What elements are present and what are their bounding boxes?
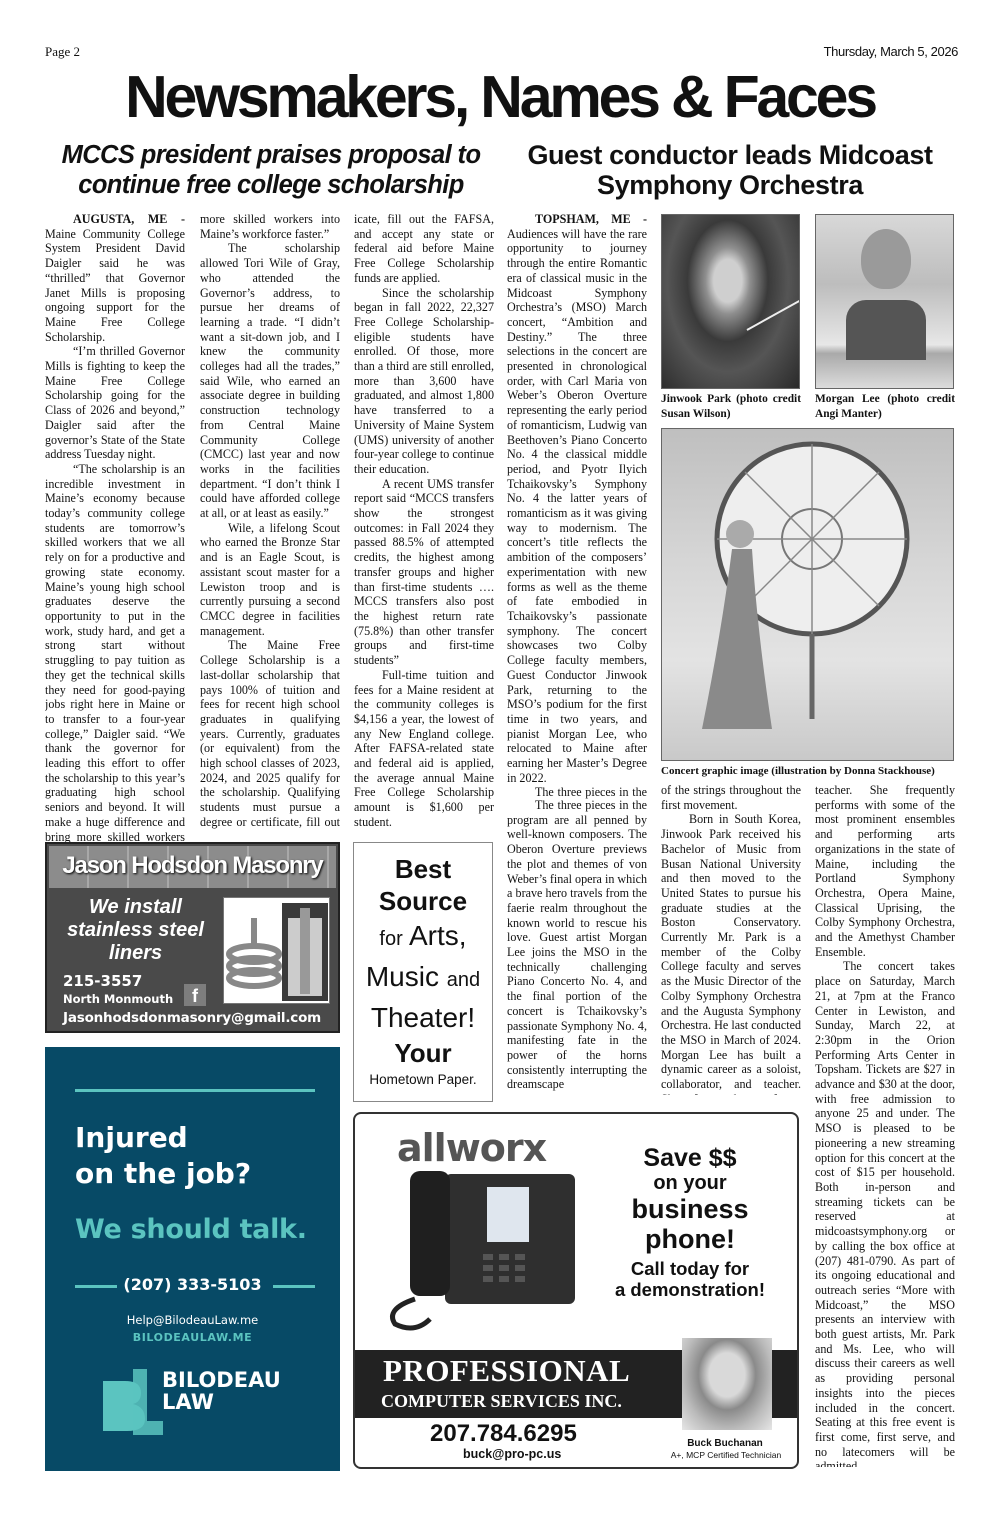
caption-concert-illustration: Concert graphic image (illustration by D… [661,764,961,779]
paragraph: Since the scholarship began in fall 2022… [354,286,494,477]
headshot-buck-buchanan [682,1338,772,1430]
section-title: Newsmakers, Names & Faces [0,62,1000,132]
photo-jinwook-park [661,214,800,389]
headline-symphony: Guest conductor leads Midcoast Symphony … [505,140,955,200]
page-number: Page 2 [45,44,80,60]
ad-jason-hodsdon-masonry[interactable]: Jason Hodsdon Masonry We install stainle… [45,842,340,1033]
stainless-liner-image [223,897,330,1004]
ad-best-source: Best Source for Arts, Music and Theater!… [353,842,493,1102]
wheel-of-fate-illustration [662,429,954,761]
headline-mccs: MCCS president praises proposal to conti… [42,140,500,200]
paragraph: Born in South Korea, Jinwook Park receiv… [661,812,801,1095]
paragraph: Maine Community College System President… [45,227,185,344]
desk-phone-image [375,1169,580,1334]
bl-logo-icon [103,1369,163,1435]
ad-phone: 207.784.6295 [430,1420,577,1448]
ad-subheadline: We should talk. [75,1214,307,1245]
paragraph: Full-time tuition and fees for a Maine r… [354,668,494,830]
dateline: AUGUSTA, ME - [73,212,185,226]
article-symphony-col-1: TOPSHAM, ME - Audiences will have the ra… [507,212,647,802]
caption-jinwook-park: Jinwook Park (photo credit Susan Wilson) [661,392,801,421]
ad-email[interactable]: buck@pro-pc.us [463,1447,561,1461]
paragraph: A recent UMS transfer report said “MCCS … [354,477,494,668]
ad-bilodeau-law[interactable]: Injured on the job? We should talk. (207… [45,1047,340,1471]
ad-tagline: We install stainless steel liners [53,896,218,965]
paragraph: Wile, a lifelong Scout who earned the Br… [200,521,340,639]
ad-email[interactable]: Help@BilodeauLaw.me [45,1313,340,1327]
article-symphony-col-2: of the strings throughout the first move… [661,783,801,1095]
article-symphony-col-3: teacher. She frequently performs with so… [815,783,955,1467]
paragraph: The scholarship allowed Tori Wile of Gra… [200,241,340,520]
issue-date: Thursday, March 5, 2026 [824,44,958,59]
article-mccs-col-3: icate, fill out the FAFSA, and accept an… [354,212,494,830]
ad-town: North Monmouth [63,992,173,1006]
paragraph: “I’m thrilled Governor Mills is fighting… [45,344,185,462]
ad-phone: 215-3557 [63,972,142,990]
ad-website[interactable]: BILODEAULAW.ME [45,1331,340,1344]
article-mccs-col-2: more skilled workers into Maine’s workfo… [200,212,340,830]
ad-headline: Injured on the job? [75,1120,251,1192]
conductor-baton-icon [662,215,800,389]
ad-logo-text: BILODEAU LAW [162,1369,281,1413]
paragraph: Audiences will have the rare opportunity… [507,227,647,785]
ad-email[interactable]: Jasonhodsdonmasonry@gmail.com [63,1010,321,1026]
divider [273,1285,315,1288]
facebook-icon[interactable]: f [184,984,206,1006]
company-banner: PROFESSIONAL COMPUTER SERVICES INC. [355,1350,680,1418]
ad-headline: Save $$ on your business phone! Call tod… [585,1144,795,1300]
dateline: TOPSHAM, ME - [535,212,647,226]
article-symphony-col-1b: The three pieces in the program are all … [507,798,647,1096]
divider [75,1089,315,1092]
ad-professional-computer-services[interactable]: allworx Save $$ on your business phone! … [353,1112,799,1469]
caption-morgan-lee: Morgan Lee (photo credit Angi Manter) [815,392,955,421]
paragraph: “The scholarship is an incredible invest… [45,462,185,852]
contact-credential: A+, MCP Certified Technician [651,1450,799,1460]
paragraph: The Maine Free College Scholarship is a … [200,638,340,830]
photo-morgan-lee [815,214,954,389]
paragraph: The concert takes place on Saturday, Mar… [815,959,955,1467]
contact-name: Buck Buchanan [655,1438,795,1449]
concert-illustration [661,428,954,761]
article-mccs-col-1: AUGUSTA, ME - Maine Community College Sy… [45,212,185,852]
ad-brand: Jason Hodsdon Masonry [47,852,338,880]
allworx-logo: allworx [397,1126,546,1170]
